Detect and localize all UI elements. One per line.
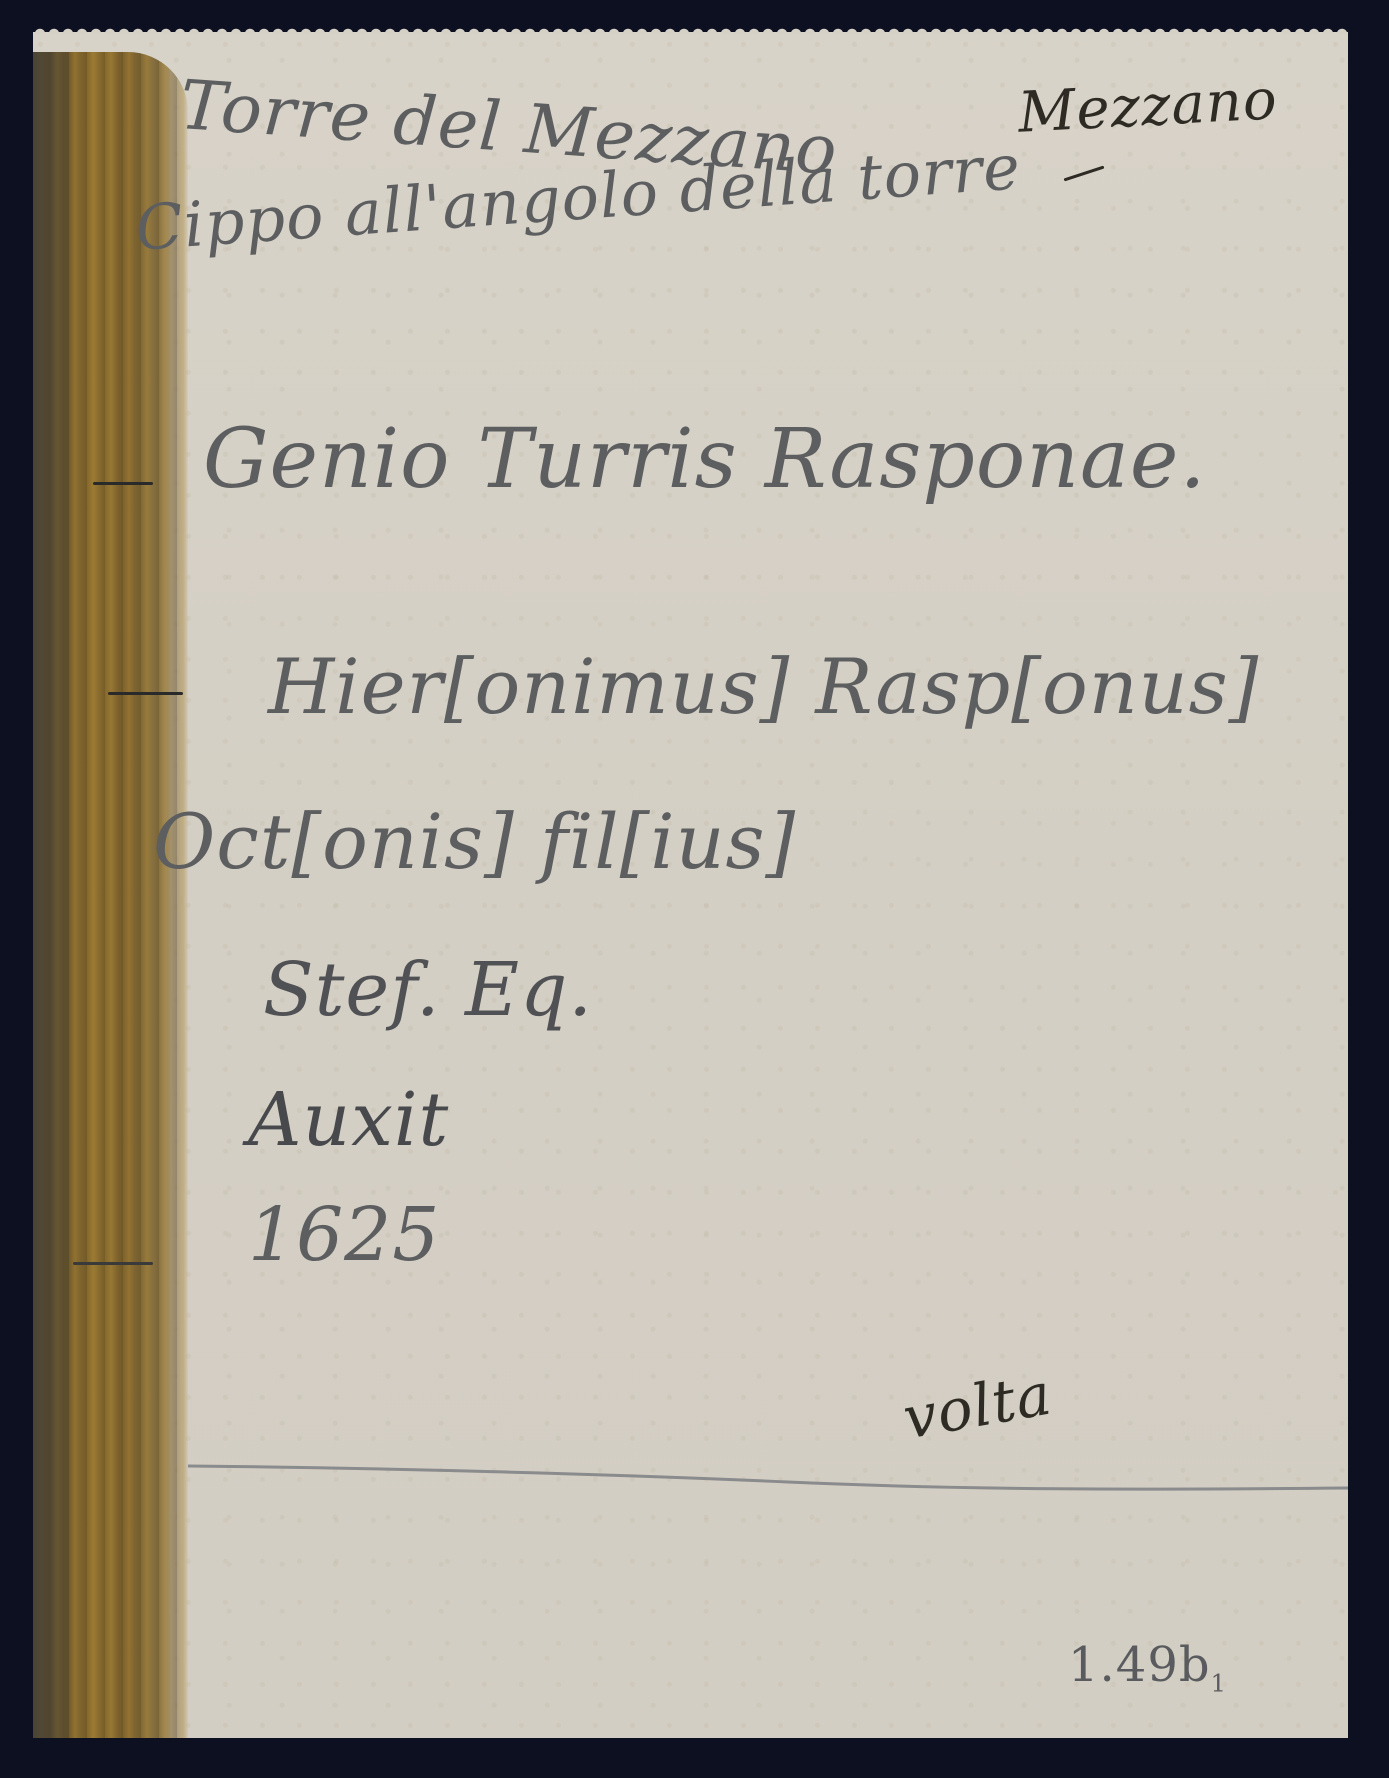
pencil-rule-line: [188, 1444, 1348, 1504]
catalog-number-main: 1.49b: [1068, 1637, 1211, 1693]
inscription-line-2: Hier[onimus] Rasp[onus]: [268, 642, 1259, 731]
place-annotation: Mezzano: [1016, 67, 1279, 146]
inscription-line-5: Auxit: [248, 1077, 449, 1163]
inscription-line-1: Genio Turris Rasponae.: [203, 412, 1207, 507]
inscription-line-3: Oct[onis] fil[ius]: [153, 797, 796, 886]
turn-over-note: volta: [898, 1360, 1057, 1453]
binding-strip: [33, 52, 188, 1738]
catalog-number: 1.49b1: [1068, 1637, 1227, 1698]
inscription-line-6: 1625: [248, 1192, 440, 1278]
inscription-line-4: Stef. Eq.: [263, 947, 593, 1033]
scan-background: Torre del Mezzano Mezzano Cippo all'ango…: [0, 0, 1389, 1778]
binding-tick-mark: [108, 692, 183, 695]
perforated-edge: [33, 24, 1348, 34]
paper-sheet: Torre del Mezzano Mezzano Cippo all'ango…: [33, 32, 1348, 1738]
binding-tick-mark: [93, 482, 153, 485]
dash-mark: [1064, 166, 1105, 182]
binding-tick-mark: [73, 1262, 153, 1265]
catalog-number-subscript: 1: [1211, 1670, 1227, 1698]
